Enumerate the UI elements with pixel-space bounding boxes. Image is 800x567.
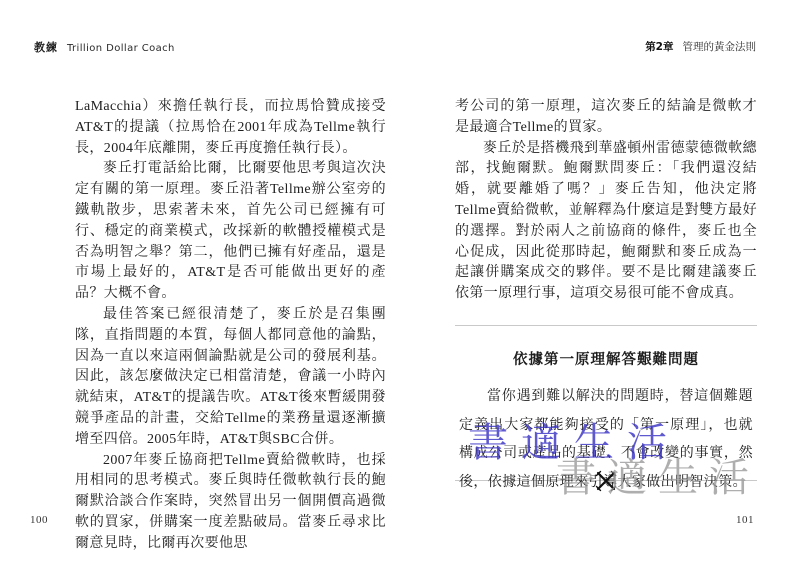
crossed-swords-icon [594,469,618,493]
paragraph: 麥丘打電話給比爾，比爾要他思考與這次決定有關的第一原理。麥丘沿著Tellme辦公… [75,159,386,305]
paragraph: 2007年麥丘協商把Tellme賣給微軟時，也採用相同的思考模式。麥丘與時任微軟… [75,451,386,555]
tip-box-heading: 依據第一原理解答艱難問題 [455,348,757,369]
left-page-body: LaMacchia）來擔任執行長，而拉馬恰贊成接受AT&T的提議（拉馬恰在200… [75,97,386,555]
running-head-right: 第2章管理的黃金法則 [645,39,756,54]
page-number-left: 100 [30,514,48,526]
paragraph: 最佳答案已經很清楚了，麥丘於是召集團隊，直指問題的本質，每個人都同意他的論點，因… [75,305,386,451]
book-title-en: Trillion Dollar Coach [67,43,175,54]
tip-box: 依據第一原理解答艱難問題 當你遇到難以解決的問題時，替這個難題定義出大家都能夠接… [455,325,757,481]
running-head-left: 教練Trillion Dollar Coach [34,39,175,55]
right-page-body: 考公司的第一原理，這次麥丘的結論是微軟才是最適合Tellme的買家。 麥丘於是搭… [455,97,757,305]
chapter-title: 管理的黃金法則 [683,41,757,53]
chapter-label: 第2章 [645,41,673,53]
paragraph: 考公司的第一原理，這次麥丘的結論是微軟才是最適合Tellme的買家。 [455,97,757,139]
book-spread: 教練Trillion Dollar Coach LaMacchia）來擔任執行長… [0,0,800,567]
page-number-right: 101 [736,514,754,526]
paragraph: LaMacchia）來擔任執行長，而拉馬恰贊成接受AT&T的提議（拉馬恰在200… [75,97,386,159]
book-title-cn: 教練 [34,41,58,54]
paragraph: 麥丘於是搭機飛到華盛頓州雷德蒙德微軟總部，找鮑爾默。鮑爾默問麥丘：「我們還沒結婚… [455,139,757,305]
